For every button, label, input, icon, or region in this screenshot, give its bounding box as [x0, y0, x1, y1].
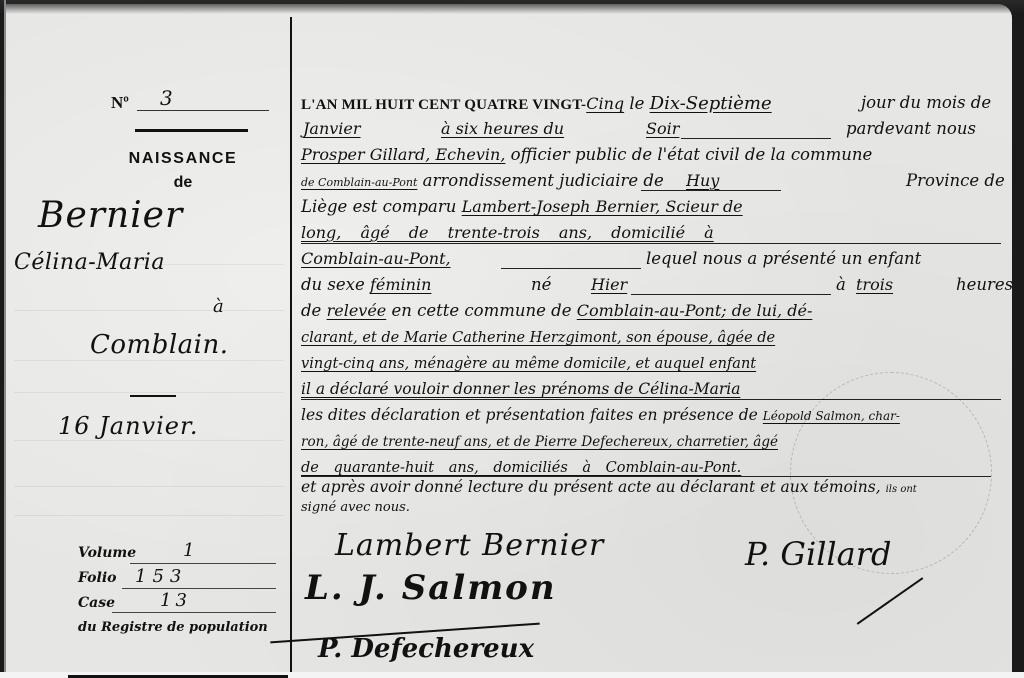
printed-text: à — [836, 275, 846, 294]
body-line-9: de relevée en cette commune de Comblain-… — [301, 301, 1016, 323]
body-line-1: L'AN MIL HUIT CENT QUATRE VINGT-Cinq le … — [301, 93, 1016, 115]
signature-witness-1: L. J. Salmon — [305, 568, 557, 608]
record-number-underline — [137, 110, 269, 111]
handwritten-declarant-age: long, âgé de trente-trois ans, domicilié… — [301, 223, 714, 242]
handwritten-mother-age: vingt-cinq ans, ménagère au même domicil… — [301, 356, 756, 372]
handwritten-signed-with-us: signé avec nous. — [301, 500, 410, 515]
printed-text: en cette commune de — [386, 301, 576, 320]
body-line-7: Comblain-au-Pont, lequel nous a présenté… — [301, 249, 1016, 271]
child-given-names: Célina-Maria — [14, 250, 165, 275]
folio-value: 153 — [135, 566, 187, 587]
birth-place: Comblain. — [90, 330, 229, 360]
fill-rule — [301, 243, 1001, 244]
printed-text: pardevant nous — [846, 119, 976, 138]
handwritten-month: Janvier — [303, 119, 361, 138]
printed-text: les dites déclaration et présentation fa… — [301, 406, 763, 424]
margin-rule — [14, 392, 284, 393]
folio-label: Folio — [78, 570, 117, 586]
handwritten-arrondissement: Huy — [686, 171, 719, 190]
printed-text: le — [624, 94, 650, 113]
handwritten-time-of-day: Soir — [646, 119, 679, 138]
handwritten-declarant: Lambert-Joseph Bernier, Scieur de — [462, 197, 743, 216]
handwritten-time: à six heures du — [441, 119, 564, 138]
fill-rule — [501, 268, 641, 269]
body-line-3: Prosper Gillard, Echevin, officier publi… — [301, 145, 1016, 167]
handwritten-residence: Comblain-au-Pont, — [301, 249, 451, 268]
printed-text: heures — [956, 275, 1013, 294]
page-left-edge — [4, 0, 6, 678]
printed-text: arrondissement judiciaire de — [417, 171, 663, 190]
case-label: Case — [78, 595, 115, 611]
body-line-10: clarant, et de Marie Catherine Herzgimon… — [301, 327, 1016, 349]
margin-rule — [14, 486, 284, 487]
volume-line — [130, 563, 276, 564]
heading-bar — [135, 129, 248, 132]
margin-rule — [14, 440, 284, 441]
body-line-5: Liège est comparu Lambert-Joseph Bernier… — [301, 197, 1016, 219]
handwritten-given-names: il a déclaré vouloir donner les prénoms … — [301, 380, 740, 398]
body-line-8: du sexe féminin né Hier à trois heures — [301, 275, 1016, 297]
column-divider — [290, 17, 292, 678]
fill-rule — [631, 294, 831, 295]
signature-officer: P. Gillard — [745, 535, 892, 573]
printed-text: né — [531, 275, 551, 294]
handwritten-commune: de Comblain-au-Pont — [301, 176, 417, 189]
handwritten-birth-commune: Comblain-au-Pont; de lui, dé- — [577, 301, 813, 320]
child-surname: Bernier — [38, 195, 183, 236]
volume-label: Volume — [78, 545, 136, 561]
record-number-value: 3 — [160, 86, 173, 110]
case-value: 13 — [160, 590, 191, 611]
handwritten-birth-hour: trois — [856, 275, 893, 294]
handwritten-sex: féminin — [370, 275, 431, 294]
printed-text: L'AN MIL HUIT CENT QUATRE VINGT- — [301, 97, 586, 113]
handwritten-witness-residence: de quarante-huit ans, domiciliés à Combl… — [301, 460, 741, 476]
separator-bar — [130, 395, 176, 397]
record-heading-de: de — [110, 174, 256, 192]
fill-rule — [681, 138, 831, 139]
page-top-shadow — [0, 0, 1024, 14]
record-heading: NAISSANCE — [110, 150, 256, 168]
place-preposition: à — [213, 296, 224, 317]
handwritten-birth-day: Hier — [591, 275, 627, 294]
printed-text: officier public de l'état civil de la co… — [505, 145, 872, 164]
margin-rule — [14, 360, 284, 361]
printed-text: du sexe — [301, 275, 370, 294]
signature-declarant: Lambert Bernier — [335, 528, 604, 563]
printed-text: de — [301, 301, 327, 320]
printed-text: lequel nous a présenté un enfant — [646, 249, 921, 268]
body-line-2: Janvier à six heures du Soir pardevant n… — [301, 119, 1016, 141]
handwritten-witness-details: ron, âgé de trente-neuf ans, et de Pierr… — [301, 434, 778, 450]
record-number-label: Nº — [111, 93, 129, 113]
handwritten-year: Cinq — [586, 94, 624, 113]
volume-value: 1 — [183, 540, 194, 561]
case-line — [112, 612, 276, 613]
register-footer: du Registre de population — [78, 620, 268, 635]
printed-text: Liège est comparu — [301, 197, 462, 216]
body-line-11: vingt-cinq ans, ménagère au même domicil… — [301, 353, 1016, 375]
folio-line — [122, 588, 276, 589]
handwritten-birth-period: relevée — [327, 301, 387, 320]
handwritten-day: Dix-Septième — [650, 93, 772, 114]
registration-date: 16 Janvier. — [58, 412, 198, 440]
margin-rule — [14, 515, 284, 516]
signature-witness-2: P. Defechereux — [318, 634, 534, 664]
body-line-4: de Comblain-au-Pont arrondissement judic… — [301, 171, 1016, 193]
printed-text: jour du mois de — [861, 93, 991, 112]
body-line-6: long, âgé de trente-trois ans, domicilié… — [301, 223, 1016, 245]
margin-rule — [14, 310, 284, 311]
handwritten-officer: Prosper Gillard, Echevin, — [301, 145, 505, 164]
printed-text: Province de — [906, 171, 1005, 190]
fill-rule — [641, 190, 781, 191]
handwritten-mother: clarant, et de Marie Catherine Herzgimon… — [301, 330, 775, 346]
